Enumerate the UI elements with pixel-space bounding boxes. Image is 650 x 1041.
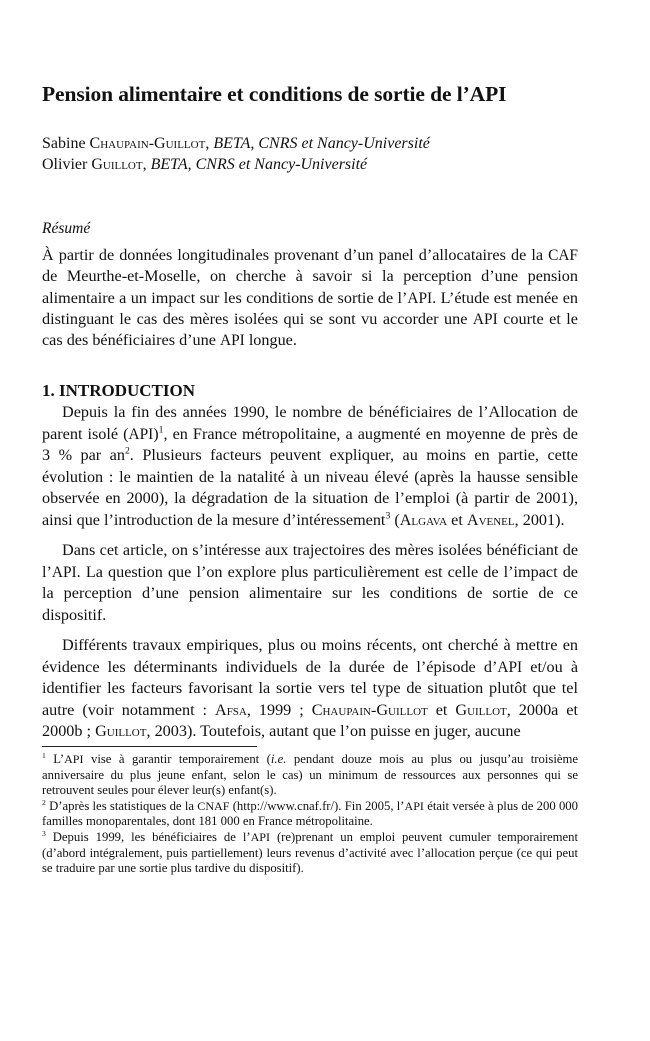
footnote-2: 2 D’après les statistiques de la CNAF (h… <box>42 799 578 830</box>
section-heading: 1. INTRODUCTION <box>42 381 195 401</box>
section-body: Depuis la fin des années 1990, le nombre… <box>42 402 578 743</box>
text-segment: ( <box>390 511 399 529</box>
author-list: Sabine Chaupain-Guillot, BETA, CNRS et N… <box>42 133 430 175</box>
citation-author: Chaupain-Guillot <box>312 701 428 719</box>
citation-author: Guillot <box>455 701 506 719</box>
author-last-name: Guillot <box>91 156 142 173</box>
text-segment: , 1999 ; <box>247 701 312 719</box>
affiliation-conj: et <box>235 156 255 173</box>
paragraph-3: Différents travaux empiriques, plus ou m… <box>42 635 578 743</box>
abstract-segment: À partir de données longitudinales prove… <box>42 246 548 264</box>
footnote-3: 3 Depuis 1999, les bénéficiaires de l’AP… <box>42 830 578 877</box>
abstract-text: À partir de données longitudinales prove… <box>42 245 578 351</box>
acronym: API <box>52 564 77 581</box>
author-last-name: Chaupain-Guillot <box>90 135 206 152</box>
text-segment: et <box>447 511 467 529</box>
author-1: Sabine Chaupain-Guillot, BETA, CNRS et N… <box>42 133 430 154</box>
acronym: CNAF <box>197 799 229 813</box>
paragraph-1: Depuis la fin des années 1990, le nombre… <box>42 402 578 531</box>
paragraph-2: Dans cet article, on s’intéresse aux tra… <box>42 540 578 626</box>
text-segment: i.e. <box>271 752 287 766</box>
affiliation-univ: Nancy-Université <box>254 156 367 173</box>
acronym: API <box>251 830 270 844</box>
affiliation-univ: Nancy-Université <box>317 135 430 152</box>
footnotes: 1 L’API vise à garantir temporairement (… <box>42 752 578 877</box>
text-segment: Depuis 1999, les bénéficiaires de l’ <box>46 830 251 844</box>
author-2: Olivier Guillot, BETA, CNRS et Nancy-Uni… <box>42 154 430 175</box>
abstract-segment: longue. <box>245 331 297 349</box>
citation-author: Guillot <box>95 722 146 740</box>
acronym: API <box>407 290 432 307</box>
text-segment: , 2003). Toutefois, autant que l’on puis… <box>146 722 520 740</box>
text-segment: . La question que l’on explore plus part… <box>42 563 578 624</box>
footnote-separator <box>42 746 257 747</box>
affiliation: BETA, CNRS et Nancy-Université <box>151 156 368 173</box>
acronym: API <box>220 332 245 349</box>
text-segment: (http://www.cnaf.fr/). Fin 2005, l’ <box>229 799 404 813</box>
affiliation-conj: et <box>297 135 317 152</box>
text-segment: D’après les statistiques de la <box>46 799 197 813</box>
abstract-heading: Résumé <box>42 220 90 238</box>
affiliation: BETA, CNRS et Nancy-Université <box>213 135 430 152</box>
paper-title: Pension alimentaire et conditions de sor… <box>42 82 602 107</box>
text-segment: et <box>428 701 456 719</box>
citation-author: Afsa <box>215 701 247 719</box>
acronym: API <box>129 426 154 443</box>
text-segment: , 2001). <box>515 511 565 529</box>
footnote-1: 1 L’API vise à garantir temporairement (… <box>42 752 578 799</box>
acronym: CAF <box>548 247 578 264</box>
citation-author: Algava <box>400 511 447 529</box>
text-segment: vise à garantir temporairement ( <box>84 752 271 766</box>
acronym: API <box>64 752 83 766</box>
acronym: API <box>405 799 424 813</box>
affiliation-lab: BETA, CNRS <box>151 156 235 173</box>
acronym: API <box>497 659 522 676</box>
text-segment: L’ <box>46 752 64 766</box>
author-first-name: Sabine <box>42 135 90 152</box>
author-first-name: Olivier <box>42 156 91 173</box>
acronym: API <box>473 311 498 328</box>
separator: , <box>143 156 151 173</box>
citation-author: Avenel <box>467 511 515 529</box>
affiliation-lab: BETA, CNRS <box>213 135 297 152</box>
